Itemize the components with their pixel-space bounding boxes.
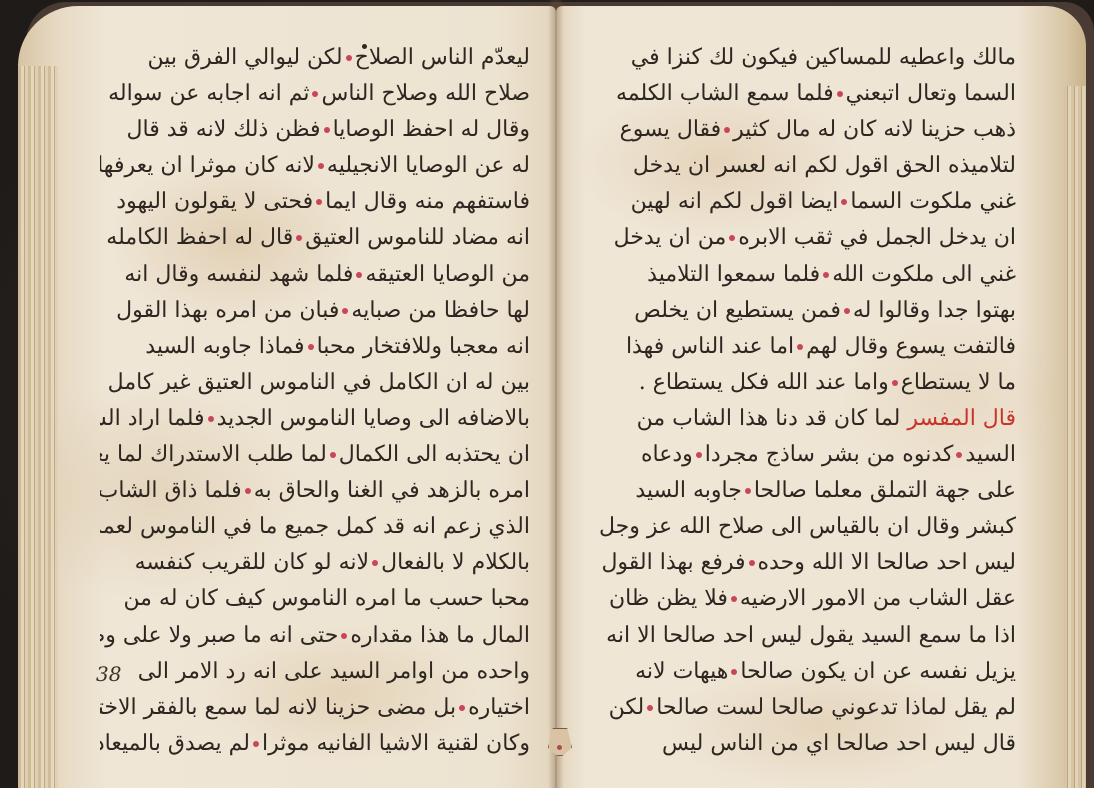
verse-dot bbox=[253, 741, 259, 747]
verse-dot bbox=[324, 127, 330, 133]
text-line: كبشر وقال ان بالقياس الى صلاح الله عز وج… bbox=[586, 509, 1016, 545]
verse-dot bbox=[312, 91, 318, 97]
text-line: من الوصايا العتيقهفلما شهد لنفسه وقال ان… bbox=[100, 257, 530, 293]
text-line: ليس احد صالحا الا الله وحدهفرفع بهذا الق… bbox=[586, 545, 1016, 581]
verse-dot bbox=[844, 308, 850, 314]
text-line: له عن الوصايا الانجيليهلانه كان موثرا ان… bbox=[100, 148, 530, 184]
text-line: ان يدخل الجمل في ثقب الابرهمن ان يدخل bbox=[586, 220, 1016, 256]
text-segment: لما كان قد دنا هذا الشاب من bbox=[637, 406, 901, 431]
verse-dot bbox=[459, 705, 465, 711]
page-edges-right bbox=[1064, 86, 1086, 788]
verse-dot bbox=[318, 163, 324, 169]
text-line: غني ملكوت السماايضا اقول لكم انه لهين bbox=[586, 184, 1016, 220]
text-line: الذي زعم انه قد كمل جميع ما في الناموس ل… bbox=[100, 509, 530, 545]
verse-dot bbox=[745, 488, 751, 494]
text-line: انه معجبا وللافتخار محبافماذا جاوبه السي… bbox=[100, 329, 530, 365]
verse-dot bbox=[245, 488, 251, 494]
rubric-line: قال المفسر لما كان قد دنا هذا الشاب من bbox=[586, 401, 1016, 437]
text-line: اختيارهبل مضى حزينا لانه لما سمع بالفقر … bbox=[100, 690, 530, 726]
verse-dot bbox=[729, 235, 735, 241]
verse-dot bbox=[316, 199, 322, 205]
text-line: قال ليس احد صالحا اي من الناس ليس bbox=[586, 726, 1016, 762]
text-line: محبا حسب ما امره الناموس كيف كان له من bbox=[100, 581, 530, 617]
text-line: ذهب حزينا لانه كان له مال كثيرفقال يسوع bbox=[586, 112, 1016, 148]
text-line: لها حافظا من صبايهفبان من امره بهذا القو… bbox=[100, 293, 530, 329]
verse-dot bbox=[731, 669, 737, 675]
verse-dot bbox=[696, 452, 702, 458]
verse-dot bbox=[797, 344, 803, 350]
text-line: انه مضاد للناموس العتيققال له احفظ الكام… bbox=[100, 220, 530, 256]
verse-dot bbox=[356, 272, 362, 278]
left-page-text: ليعدّم الناس الصلاحلكن ليوالي الفرق بين … bbox=[100, 40, 530, 762]
text-line: السما وتعال اتبعنيفلما سمع الشاب الكلمه bbox=[586, 76, 1016, 112]
verse-dot bbox=[647, 705, 653, 711]
text-line: بين له ان الكامل في الناموس العتيق غير ك… bbox=[100, 365, 530, 401]
verse-dot bbox=[342, 308, 348, 314]
text-line: ان يحتذبه الى الكماللما طلب الاستدراك لم… bbox=[100, 437, 530, 473]
text-line: امره بالزهد في الغنا والحاق بهفلما ذاق ا… bbox=[100, 473, 530, 509]
verse-dot bbox=[341, 633, 347, 639]
text-line: غني الى ملكوت اللهفلما سمعوا التلاميذ bbox=[586, 257, 1016, 293]
text-line: لم يقل لماذا تدعوني صالحا لست صالحالكن bbox=[586, 690, 1016, 726]
verse-dot bbox=[346, 55, 352, 61]
verse-dot bbox=[823, 272, 829, 278]
verse-dot bbox=[296, 235, 302, 241]
verse-dot bbox=[731, 596, 737, 602]
text-line: عقل الشاب من الامور الارضيهفلا يظن ظان bbox=[586, 581, 1016, 617]
text-line: المال ما هذا مقدارهحتى انه ما صبر ولا عل… bbox=[100, 618, 530, 654]
text-line: على جهة التملق معلما صالحاجاوبه السيد bbox=[586, 473, 1016, 509]
verse-dot bbox=[837, 91, 843, 97]
folio-number: 38 bbox=[96, 662, 121, 686]
text-line: واحده من اوامر السيد على انه رد الامر ال… bbox=[100, 654, 530, 690]
text-line: بهتوا جدا وقالوا لهفمن يستطيع ان يخلص bbox=[586, 293, 1016, 329]
verse-dot bbox=[372, 560, 378, 566]
verse-dot bbox=[749, 560, 755, 566]
text-line: بالاضافه الى وصايا الناموس الجديدفلما ار… bbox=[100, 401, 530, 437]
text-line: بالكلام لا بالفعاللانه لو كان للقريب كنف… bbox=[100, 545, 530, 581]
manuscript-photo: ليعدّم الناس الصلاحلكن ليوالي الفرق بين … bbox=[0, 0, 1094, 788]
verse-dot bbox=[956, 452, 962, 458]
verse-dot bbox=[330, 452, 336, 458]
text-line: السيدكدنوه من بشر ساذج مجرداودعاه bbox=[586, 437, 1016, 473]
text-line: مالك واعطيه للمساكين فيكون لك كنزا في bbox=[586, 40, 1016, 76]
text-line: فالتفت يسوع وقال لهماما عند الناس فهذا bbox=[586, 329, 1016, 365]
text-line: وكان لقنية الاشيا الفانيه موثرالم يصدق ب… bbox=[100, 726, 530, 762]
text-line: وقال له احفظ الوصايافظن ذلك لانه قد قال bbox=[100, 112, 530, 148]
verse-dot bbox=[841, 199, 847, 205]
text-line: يزيل نفسه عن ان يكون صالحاهيهات لانه bbox=[586, 654, 1016, 690]
rubric-heading: قال المفسر bbox=[907, 406, 1016, 431]
text-line: ليعدّم الناس الصلاحلكن ليوالي الفرق بين bbox=[100, 40, 530, 76]
verse-dot bbox=[724, 127, 730, 133]
book-gutter bbox=[548, 0, 564, 788]
text-line: اذا ما سمع السيد يقول ليس احد صالحا الا … bbox=[586, 618, 1016, 654]
verse-dot bbox=[892, 380, 898, 386]
binding-thread bbox=[557, 745, 562, 750]
text-line: ما لا يستطاعواما عند الله فكل يستطاع . bbox=[586, 365, 1016, 401]
right-page-text: مالك واعطيه للمساكين فيكون لك كنزا في ال… bbox=[586, 40, 1016, 762]
text-line: لتلاميذه الحق اقول لكم انه لعسر ان يدخل bbox=[586, 148, 1016, 184]
text-line: فاستفهم منه وقال ايمافحتى لا يقولون اليه… bbox=[100, 184, 530, 220]
page-edges-left bbox=[18, 66, 58, 788]
verse-dot bbox=[308, 344, 314, 350]
text-line: صلاح الله وصلاح الناسثم انه اجابه عن سوا… bbox=[100, 76, 530, 112]
verse-dot bbox=[208, 416, 214, 422]
